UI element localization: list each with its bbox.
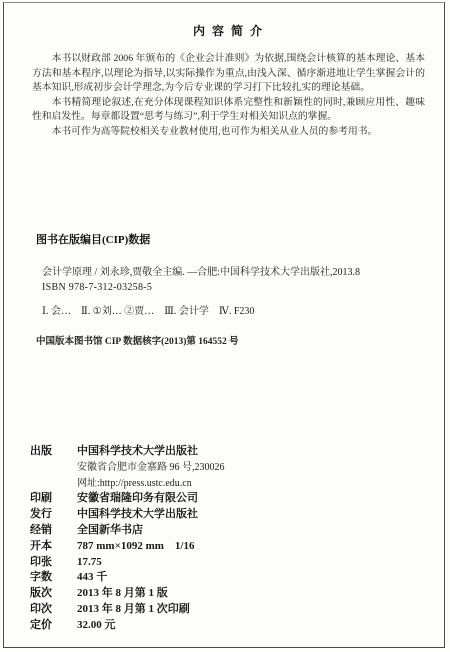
row-value: 2013 年 8 月第 1 次印刷	[77, 602, 190, 618]
row-value: 中国科学技术大学出版社	[77, 444, 198, 460]
row-label: 字数	[30, 570, 64, 586]
publisher-address: 安徽省合肥市金寨路 96 号,230026	[30, 460, 435, 476]
row-value: 中国科学技术大学出版社	[77, 507, 198, 523]
publication-info-section: 出版 中国科学技术大学出版社 安徽省合肥市金寨路 96 号,230026 网址:…	[30, 444, 435, 634]
row-label: 经销	[30, 523, 64, 539]
publication-row-publisher: 出版 中国科学技术大学出版社	[30, 444, 435, 460]
content-summary-paragraph: 本书精简理论叙述,在充分体现课程知识体系完整性和新颖性的同时,兼顾应用性、趣味性…	[32, 96, 425, 125]
cip-isbn-line: ISBN 978-7-312-03258-5	[36, 280, 428, 295]
publication-row-impression: 印次 2013 年 8 月第 1 次印刷	[30, 602, 435, 618]
publication-row-seller: 经销 全国新华书店	[30, 523, 435, 539]
content-summary-title: 内 容 简 介	[32, 22, 425, 39]
publication-row-wordcount: 字数 443 千	[30, 570, 435, 586]
row-label: 开本	[30, 539, 64, 555]
row-label: 印张	[30, 555, 64, 571]
publication-row-distributor: 发行 中国科学技术大学出版社	[30, 507, 435, 523]
row-label: 出版	[30, 444, 64, 460]
row-value: 443 千	[77, 570, 107, 586]
row-label: 印刷	[30, 491, 64, 507]
content-summary-paragraph: 本书可作为高等院校相关专业教材使用,也可作为相关从业人员的参考用书。	[32, 125, 425, 140]
row-label: 印次	[30, 602, 64, 618]
publication-row-price: 定价 32.00 元	[30, 618, 435, 634]
row-value: 2013 年 8 月第 1 版	[77, 586, 168, 602]
row-value: 17.75	[77, 555, 102, 571]
row-value: 全国新华书店	[77, 523, 143, 539]
publication-row-edition: 版次 2013 年 8 月第 1 版	[30, 586, 435, 602]
cip-registry-line: 中国版本图书馆 CIP 数据核字(2013)第 164552 号	[36, 333, 428, 347]
publication-row-printer: 印刷 安徽省瑞隆印务有限公司	[30, 491, 435, 507]
cip-heading: 图书在版编目(CIP)数据	[36, 231, 428, 247]
publication-row-format: 开本 787 mm×1092 mm 1/16	[30, 539, 435, 555]
cip-classification-line: Ⅰ. 会… Ⅱ. ①刘… ②贾… Ⅲ. 会计学 Ⅳ. F230	[36, 305, 428, 319]
cip-title-line: 会计学原理 / 刘永珍,贾敬全主编. —合肥:中国科学技术大学出版社,2013.…	[36, 265, 428, 280]
content-summary-section: 内 容 简 介 本书以财政部 2006 年颁布的《企业会计准则》为依据,围绕会计…	[32, 22, 425, 140]
row-value: 32.00 元	[77, 618, 116, 634]
cip-data-section: 图书在版编目(CIP)数据 会计学原理 / 刘永珍,贾敬全主编. —合肥:中国科…	[36, 231, 428, 347]
row-label: 版次	[30, 586, 64, 602]
publisher-website: 网址:http://press.ustc.edu.cn	[30, 476, 435, 492]
row-label: 发行	[30, 507, 64, 523]
row-value: 安徽省瑞隆印务有限公司	[77, 491, 198, 507]
content-summary-paragraph: 本书以财政部 2006 年颁布的《企业会计准则》为依据,围绕会计核算的基本理论、…	[32, 52, 425, 96]
row-label: 定价	[30, 618, 64, 634]
row-value: 787 mm×1092 mm 1/16	[77, 539, 194, 555]
publication-row-sheets: 印张 17.75	[30, 555, 435, 571]
